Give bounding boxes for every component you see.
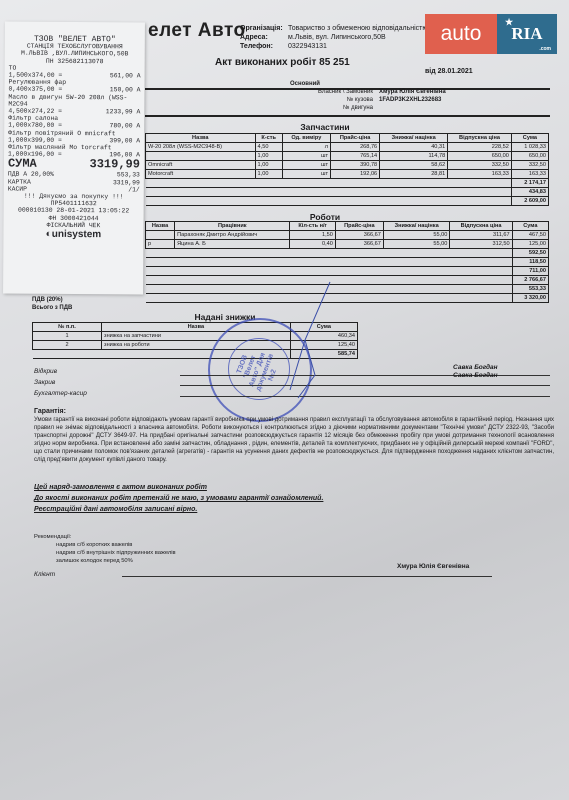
table-cell: л xyxy=(282,143,330,152)
total-spacer xyxy=(146,188,512,197)
company-brand: елет Авто xyxy=(148,20,246,42)
total-row: 434,83 xyxy=(146,188,549,197)
receipt-item: Регулювання фар0,400x375,00 =150,00 А xyxy=(4,79,144,94)
column-header: Відпускна ціна xyxy=(450,222,512,231)
table-cell: 268,76 xyxy=(331,143,380,152)
column-header: Прайс-ціна xyxy=(331,134,380,143)
recommendations: Рекомендації: надрив с/б коротких важелі… xyxy=(34,533,176,565)
table-cell: 332,50 xyxy=(448,161,512,170)
receipt-address: М.ЛЬВІВ ,ВУЛ.ЛИПИНСЬКОГО,50В xyxy=(5,50,145,58)
declaration-line: Цей наряд-замовлення є актом виконаних р… xyxy=(34,482,323,493)
recommendations-label: Рекомендації: xyxy=(34,533,176,541)
total-value: 2 174,17 xyxy=(511,179,548,188)
table-cell: 366,67 xyxy=(335,240,383,249)
table-cell: 1,00 xyxy=(255,152,282,161)
vat-labels: ПДВ (20%) Всього з ПДВ xyxy=(32,296,72,312)
closed-name: Савка Богдан xyxy=(453,372,498,379)
total-spacer xyxy=(146,197,512,206)
phone-label: Телефон: xyxy=(240,42,288,51)
table-cell: 311,67 xyxy=(450,231,512,240)
opened-label: Відкрив xyxy=(34,368,57,375)
receipt-item-sum: 150,00 А xyxy=(110,87,141,94)
total-spacer xyxy=(146,179,512,188)
signature-line xyxy=(180,385,550,386)
divider xyxy=(145,115,550,117)
total-row: 2 766,67 xyxy=(146,276,549,285)
receipt-check-line: 000010130 28-01-2021 13:05:22 xyxy=(4,207,144,215)
table-cell: 366,67 xyxy=(335,231,383,240)
org-label: Організація: xyxy=(240,24,288,33)
table-cell: 58,62 xyxy=(380,161,448,170)
column-header: Сума xyxy=(511,134,548,143)
table-cell: 4,50 xyxy=(255,143,282,152)
total-value: 592,50 xyxy=(512,249,548,258)
table-cell: 1 xyxy=(33,332,102,341)
table-row: Motorcraft1,00шт192,0628,81163,33163,33 xyxy=(146,170,549,179)
table-row: рЯцина А. Б0,40366,6755,00312,50125,00 xyxy=(146,240,549,249)
column-header: Працівник xyxy=(175,222,290,231)
receipt-item: ТО1,500x374,00 =561,00 А xyxy=(5,64,145,79)
receipt-item-sum: 1233,99 А xyxy=(106,108,141,115)
phone-value: 0322943131 xyxy=(288,43,327,50)
table-cell: 55,00 xyxy=(383,240,450,249)
receipt-item-name: Масло в двигун 5W-20 208л (WSS-M2C94 xyxy=(4,93,144,108)
address-label: Адреса: xyxy=(240,33,288,42)
table-cell: 163,33 xyxy=(511,170,548,179)
autoria-watermark: auto ★ RIA .com xyxy=(425,14,557,54)
engine-number-label: № двигуна xyxy=(315,104,373,112)
table-row: W-20 208л (WSS-M2C948-B)4,50л268,7640,31… xyxy=(146,143,549,152)
table-cell: 467,50 xyxy=(512,231,548,240)
total-row: 118,50 xyxy=(146,258,549,267)
table-cell xyxy=(146,152,256,161)
vat-label: ПДВ (20%) xyxy=(32,296,72,304)
document-title: Акт виконаних робіт 85 251 xyxy=(215,57,350,68)
table-cell: 228,52 xyxy=(448,143,512,152)
table-cell: Парахоняк Дмитро Андрійович xyxy=(175,231,290,240)
declaration-line: До якості виконаних робіт претензій не м… xyxy=(34,493,323,504)
table-cell: Яцина А. Б xyxy=(175,240,290,249)
total-row: 592,50 xyxy=(146,249,549,258)
unisystem-logo: ◐unisystem xyxy=(3,231,143,239)
receipt-item: Фільтр салона1,000x780,00 =780,00 А xyxy=(4,115,144,130)
table-cell: 650,00 xyxy=(448,152,512,161)
watermark-com: .com xyxy=(539,46,551,52)
column-header: Прайс-ціна xyxy=(335,222,383,231)
total-row: 2 609,00 xyxy=(146,197,549,206)
opened-name: Савка Богдан xyxy=(453,364,498,371)
watermark-ria: ★ RIA .com xyxy=(497,14,557,54)
recommendation-item: надрив с/б внутрішніх підпружинних важел… xyxy=(34,549,176,557)
parts-title: Запчастини xyxy=(250,122,400,132)
column-header: К-сть xyxy=(255,134,282,143)
guarantee-title: Гарантія: xyxy=(34,408,554,416)
table-cell: 55,00 xyxy=(383,231,450,240)
total-row: 553,33 xyxy=(146,285,549,294)
total-value: 711,00 xyxy=(512,267,548,276)
works-table: НазваПрацівникКіл-сть н/гПрайс-цінаЗнижк… xyxy=(145,221,549,303)
table-row: Парахоняк Дмитро Андрійович1,50366,6755,… xyxy=(146,231,549,240)
column-header: Од. виміру xyxy=(282,134,330,143)
table-cell: 1,50 xyxy=(290,231,335,240)
parts-table: НазваК-стьОд. виміруПрайс-цінаЗнижка/ на… xyxy=(145,133,549,206)
table-cell: 1,00 xyxy=(255,161,282,170)
table-cell: 2 xyxy=(33,341,102,350)
column-header: Кіл-сть н/г xyxy=(290,222,335,231)
table-cell: 650,00 xyxy=(511,152,548,161)
owner-block: Власник \ ЗамовникХмура Юлія Євгенівна №… xyxy=(315,88,446,112)
total-vat-label: Всього з ПДВ xyxy=(32,304,72,312)
receipt-item: Масло в двигун 5W-20 208л (WSS-M2C944,50… xyxy=(4,93,144,116)
receipt-item-qty-price: 0,400x375,00 = xyxy=(8,86,62,94)
table-cell: 1 028,33 xyxy=(511,143,548,152)
owner-value: Хмура Юлія Євгенівна xyxy=(379,89,446,95)
total-spacer xyxy=(146,267,513,276)
table-cell: 390,78 xyxy=(331,161,380,170)
guarantee-text: Умови гарантії на виконані роботи відпов… xyxy=(34,417,554,463)
section-main: Основний xyxy=(290,81,320,87)
declaration-line: Реєстраційні дані автомобіля записані ві… xyxy=(34,504,323,515)
total-value: 2 609,00 xyxy=(511,197,548,206)
receipt-items: ТО1,500x374,00 =561,00 АРегулювання фар0… xyxy=(4,64,145,159)
total-value: 553,33 xyxy=(512,285,548,294)
receipt-item-qty-price: 1,000x780,00 = xyxy=(8,122,62,130)
address-value: м.Львів, вул. Липинського,50В xyxy=(288,34,386,41)
receipt-item-sum: 780,00 А xyxy=(110,123,141,130)
fiscal-receipt: ТЗОВ "ВЕЛЕТ АВТО" СТАНЦІЯ ТЕХОБСЛУГОВУВА… xyxy=(3,22,145,295)
signature-line xyxy=(180,396,550,397)
client-label: Клієнт xyxy=(34,571,55,578)
owner-label: Власник \ Замовник xyxy=(315,88,373,96)
table-row: 1,00шт765,14114,78650,00650,00 xyxy=(146,152,549,161)
column-header: Назва xyxy=(146,222,175,231)
recommendation-item: залишок колодок перед 50% xyxy=(34,557,176,565)
receipt-total: СУМА3319,99 xyxy=(4,158,144,172)
watermark-auto: auto xyxy=(425,14,497,54)
table-header-row: НазваК-стьОд. виміруПрайс-цінаЗнижка/ на… xyxy=(146,134,549,143)
total-value: 3 320,00 xyxy=(512,294,548,303)
body-number-value: 1FADP3K2XHL232683 xyxy=(379,97,441,103)
total-row: 2 174,17 xyxy=(146,179,549,188)
total-value: 2 766,67 xyxy=(512,276,548,285)
receipt-item-sum: 561,00 А xyxy=(110,72,141,79)
guarantee-block: Гарантія: Умови гарантії на виконані роб… xyxy=(34,408,554,464)
client-name: Хмура Юлія Євгенівна xyxy=(397,563,469,570)
document-photo: В елет Авто Організація:Товариство з обм… xyxy=(0,0,569,800)
star-icon: ★ xyxy=(505,17,513,28)
accountant-label: Бухгалтер-касир xyxy=(34,390,87,397)
column-header: № п.п. xyxy=(33,323,102,332)
column-header: Сума xyxy=(512,222,548,231)
pen-signature xyxy=(270,280,340,400)
table-cell: 192,06 xyxy=(331,170,380,179)
table-cell: Motorcraft xyxy=(146,170,256,179)
table-cell: Omnicraft xyxy=(146,161,256,170)
column-header: Знижка/ націнка xyxy=(380,134,448,143)
column-header: Назва xyxy=(146,134,256,143)
total-row: 711,00 xyxy=(146,267,549,276)
total-row: 3 320,00 xyxy=(146,294,549,303)
document-date: від 28.01.2021 xyxy=(425,68,473,75)
total-value: 118,50 xyxy=(512,258,548,267)
table-cell xyxy=(146,231,175,240)
table-header-row: НазваПрацівникКіл-сть н/гПрайс-цінаЗнижк… xyxy=(146,222,549,231)
receipt-item: Фільтр повітряний О mnicraft1,000x399,00… xyxy=(4,129,144,144)
table-cell: 1,00 xyxy=(255,170,282,179)
table-cell: 125,00 xyxy=(512,240,548,249)
body-number-label: № кузова xyxy=(315,96,373,104)
table-cell: 28,81 xyxy=(380,170,448,179)
table-cell: 312,50 xyxy=(450,240,512,249)
table-cell: шт xyxy=(282,152,330,161)
table-cell: 332,50 xyxy=(511,161,548,170)
column-header: Відпускна ціна xyxy=(448,134,512,143)
watermark-ria-text: RIA xyxy=(511,24,542,44)
table-cell: 0,40 xyxy=(290,240,335,249)
table-cell: шт xyxy=(282,170,330,179)
table-cell: 40,31 xyxy=(380,143,448,152)
total-value: 434,83 xyxy=(511,188,548,197)
table-cell: р xyxy=(146,240,175,249)
table-cell: W-20 208л (WSS-M2C948-B) xyxy=(146,143,256,152)
column-header: Знижка/ націнка xyxy=(383,222,450,231)
closed-label: Закрив xyxy=(34,379,55,386)
total-spacer xyxy=(146,249,513,258)
declaration: Цей наряд-замовлення є актом виконаних р… xyxy=(34,482,323,515)
table-cell: 163,33 xyxy=(448,170,512,179)
total-spacer xyxy=(146,258,513,267)
recommendation-item: надрив с/б коротких важелів xyxy=(34,541,176,549)
table-cell: 114,78 xyxy=(380,152,448,161)
table-cell: 765,14 xyxy=(331,152,380,161)
table-row: Omnicraft1,00шт390,7858,62332,50332,50 xyxy=(146,161,549,170)
table-cell: шт xyxy=(282,161,330,170)
client-signature-line xyxy=(122,576,492,577)
receipt-item-sum: 399,00 А xyxy=(109,137,140,144)
